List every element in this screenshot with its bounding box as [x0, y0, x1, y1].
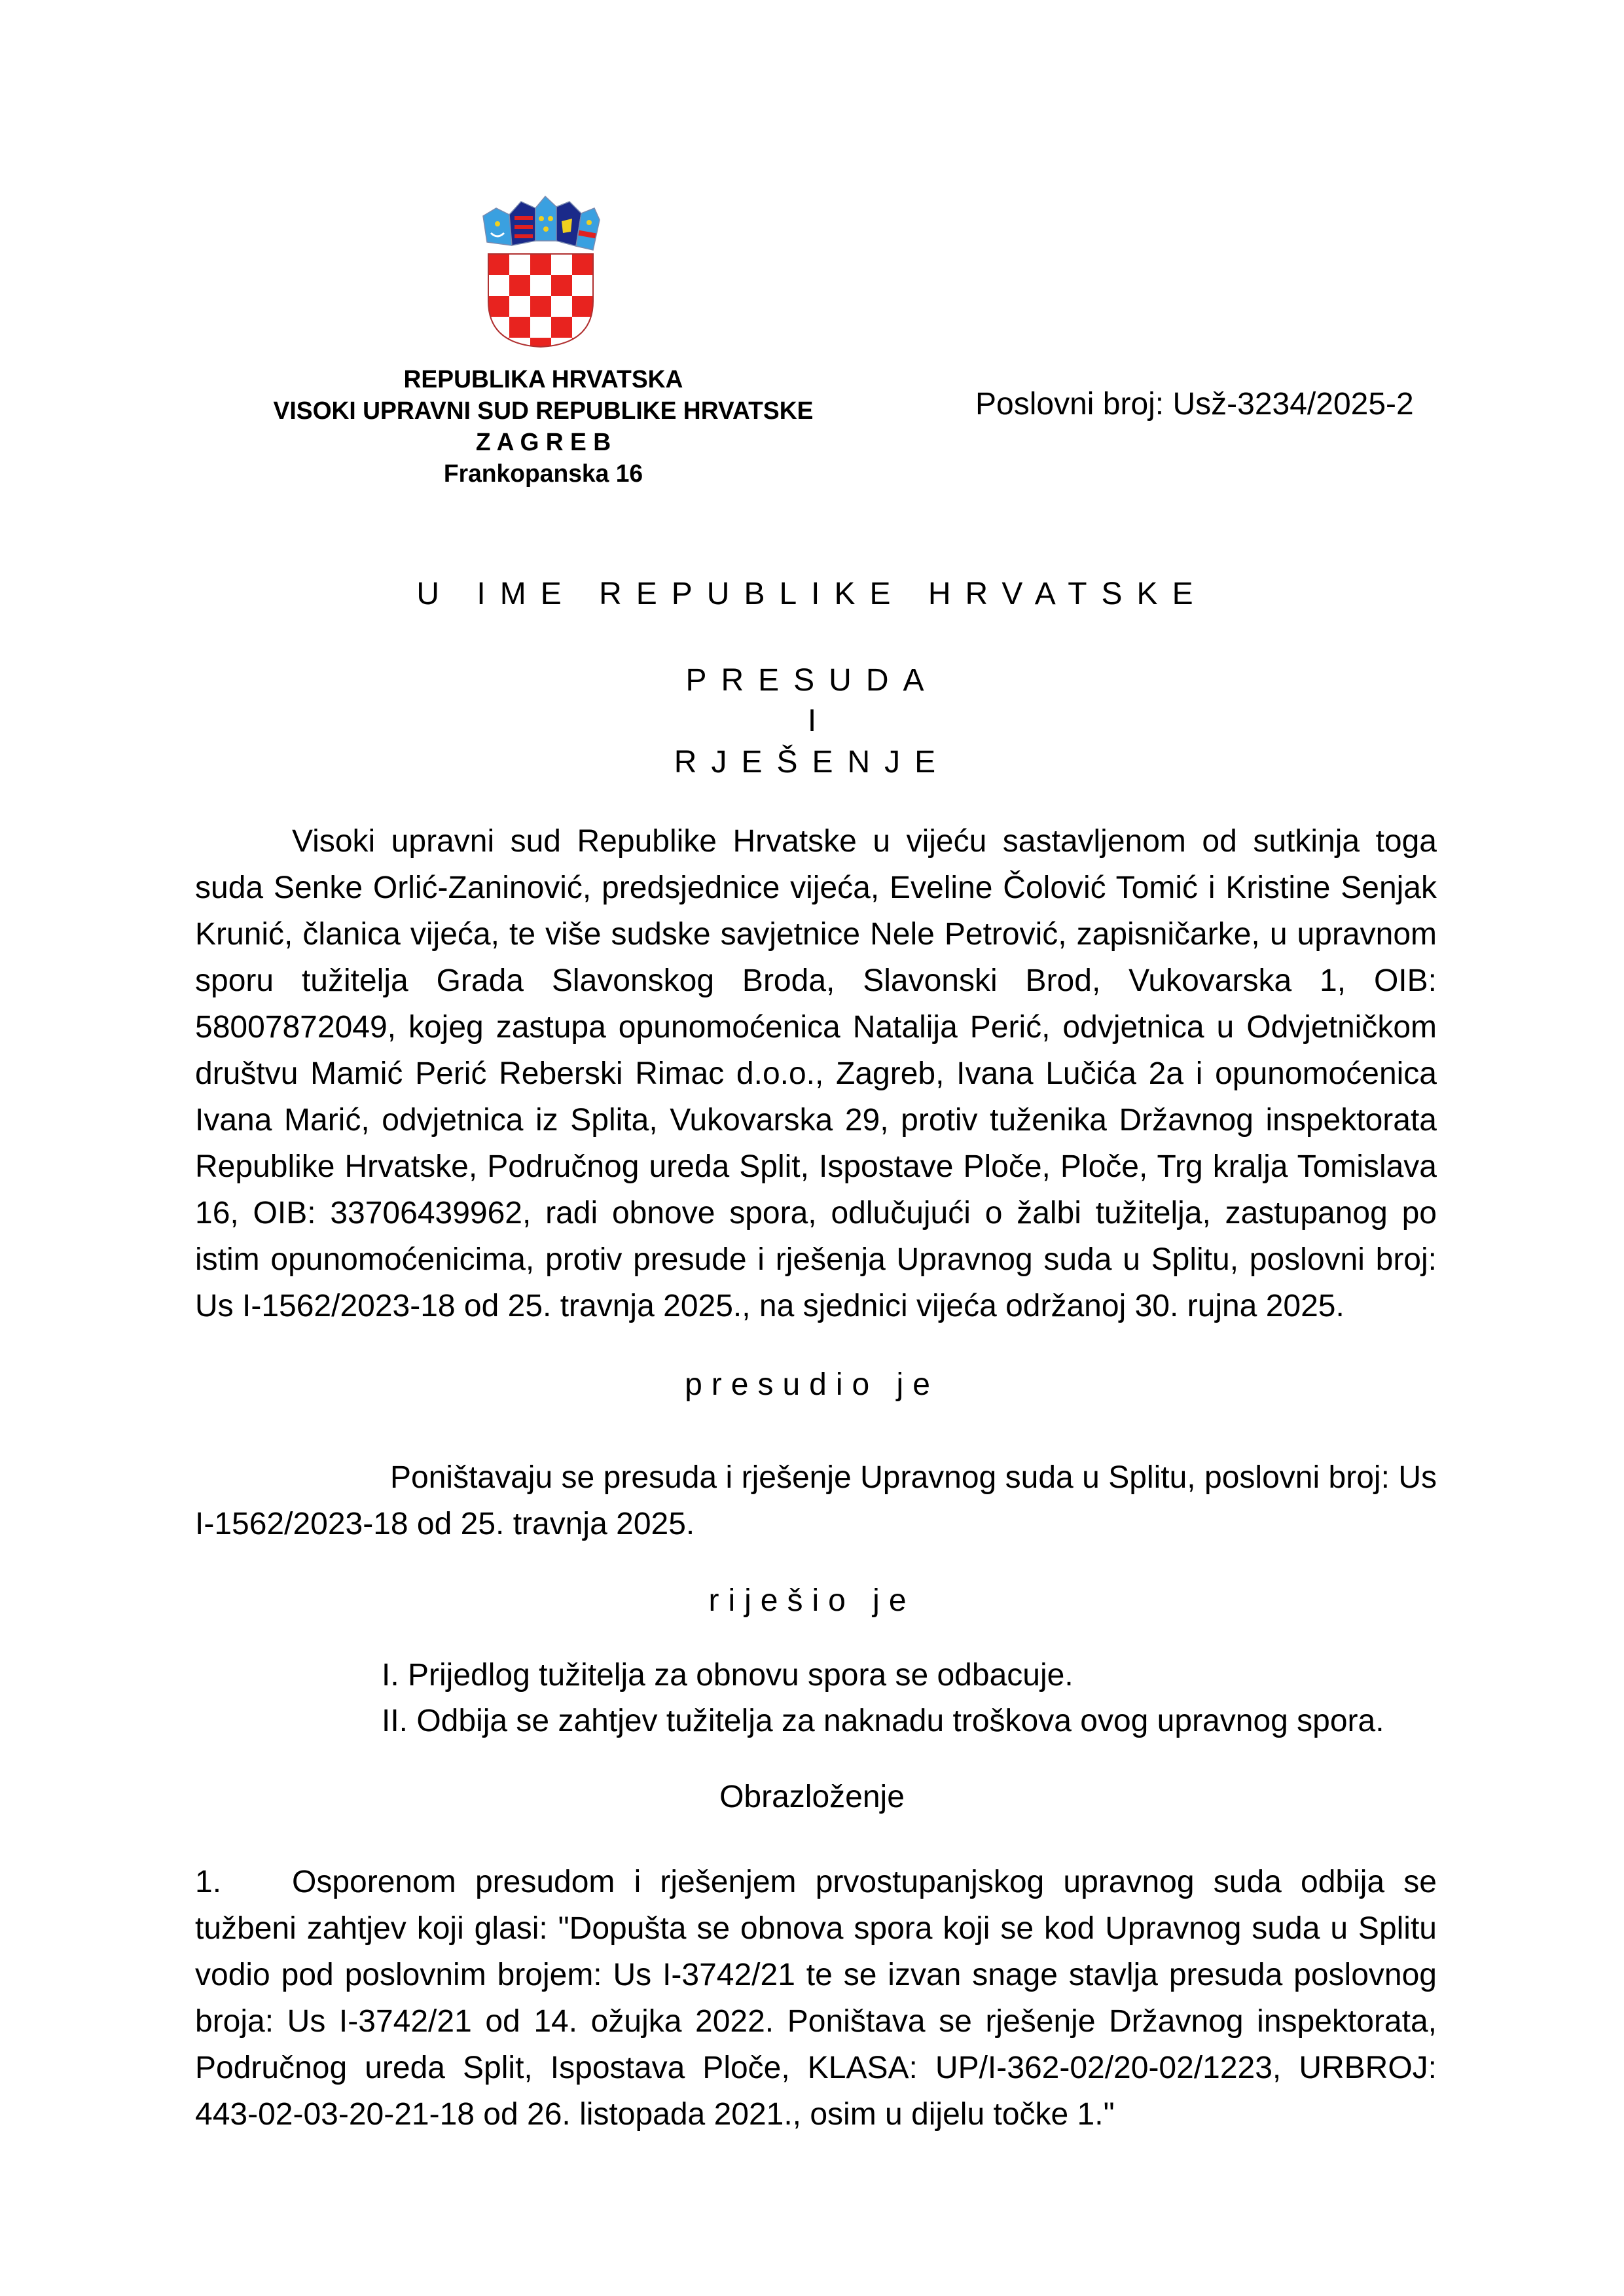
ruling-heading: riješio je	[0, 1583, 1624, 1619]
judgment-text: Poništavaju se presuda i rješenje Upravn…	[195, 1454, 1437, 1547]
header-line-court: VISOKI UPRAVNI SUD REPUBLIKE HRVATSKE	[223, 395, 864, 427]
reasoning-paragraph-1: 1.Osporenom presudom i rješenjem prvostu…	[195, 1859, 1437, 2138]
paragraph-number: 1.	[195, 1859, 292, 1905]
title-ruling: RJEŠENJE	[0, 744, 1624, 781]
judgment-heading: presudio je	[0, 1367, 1624, 1403]
header-line-republic: REPUBLIKA HRVATSKA	[223, 364, 864, 395]
reasoning-heading: Obrazloženje	[0, 1779, 1624, 1816]
in-name-of-republic: U IME REPUBLIKE HRVATSKE	[0, 576, 1624, 613]
intro-paragraph-text: Visoki upravni sud Republike Hrvatske u …	[195, 818, 1437, 1329]
case-number: Poslovni broj: Usž-3234/2025-2	[975, 386, 1414, 423]
coat-of-arms-icon	[478, 190, 602, 350]
header-line-address: Frankopanska 16	[223, 458, 864, 490]
paragraph-text: Osporenom presudom i rješenjem prvostupa…	[195, 1865, 1437, 2132]
ruling-item-2: II. Odbija se zahtjev tužitelja za nakna…	[382, 1703, 1384, 1740]
title-and: I	[0, 703, 1624, 740]
intro-paragraph: Visoki upravni sud Republike Hrvatske u …	[195, 818, 1437, 1329]
header-line-city: Z A G R E B	[223, 427, 864, 458]
title-judgment: PRESUDA	[0, 662, 1624, 699]
court-header: REPUBLIKA HRVATSKA VISOKI UPRAVNI SUD RE…	[223, 364, 864, 490]
ruling-item-1: I. Prijedlog tužitelja za obnovu spora s…	[382, 1657, 1074, 1694]
judgment-text-body: Poništavaju se presuda i rješenje Upravn…	[195, 1454, 1437, 1547]
